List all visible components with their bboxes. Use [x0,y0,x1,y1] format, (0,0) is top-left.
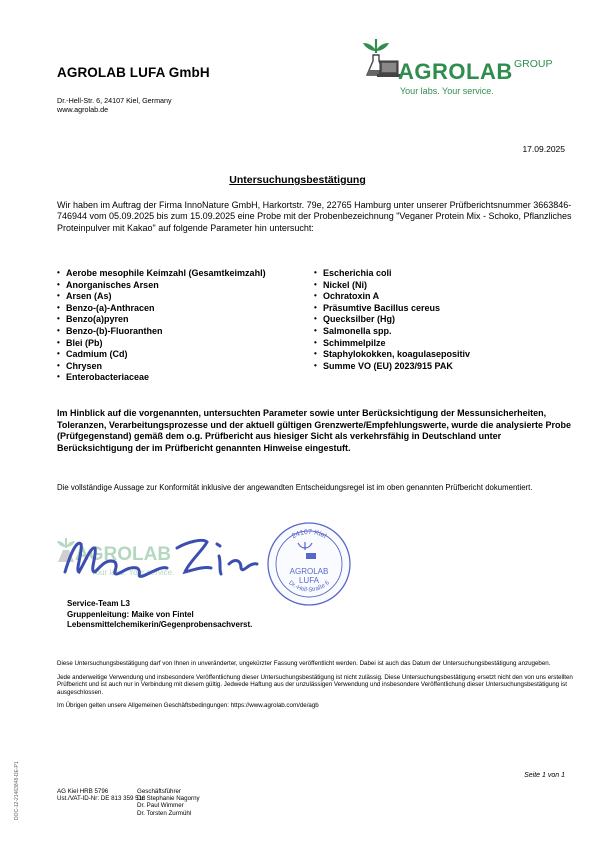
group-lead: Gruppenleitung: Maike von Fintel [67,610,252,621]
stamp-center-line-1: AGROLAB [290,567,329,576]
legal-note-liability: Jede anderweitige Verwendung und insbeso… [57,674,577,697]
footer-registration: AG Kiel HRB 5796 Ust./VAT-ID-Nr: DE 813 … [57,788,146,802]
stamp-center-line-2: LUFA [299,576,320,585]
plant-flask-laptop-icon [362,33,402,83]
intro-paragraph: Wir haben im Auftrag der Firma InnoNatur… [57,200,572,234]
page-number: Seite 1 von 1 [524,772,565,779]
parameter-item: Anorganisches Arsen [57,280,266,292]
parameter-list-right: Escherichia coliNickel (Ni)Ochratoxin AP… [314,268,470,372]
website-link[interactable]: www.agrolab.de [57,106,172,115]
document-code: DOC-12-21463848-DE-P1 [14,761,20,820]
parameter-item: Benzo(a)pyren [57,314,266,326]
parameter-item: Nickel (Ni) [314,280,470,292]
parameter-item: Aerobe mesophile Keimzahl (Gesamtkeimzah… [57,268,266,280]
vat-id: Ust./VAT-ID-Nr: DE 813 359 518 [57,795,146,802]
parameter-item: Enterobacteriaceae [57,372,266,384]
logo-group-label: GROUP [514,58,553,70]
service-team: Service-Team L3 [67,599,252,610]
manager-3: Dr. Torsten Zurmühl [137,810,200,817]
parameter-item: Salmonella spp. [314,326,470,338]
conclusion-paragraph: Im Hinblick auf die vorgenannten, unters… [57,408,577,454]
commercial-register: AG Kiel HRB 5796 [57,788,146,795]
parameter-item: Ochratoxin A [314,291,470,303]
signatory-role: Lebensmittelchemikerin/Gegenprobensachve… [67,620,252,631]
parameter-item: Summe VO (EU) 2023/915 PAK [314,361,470,373]
manager-2: Dr. Paul Wimmer [137,802,200,809]
parameter-item: Schimmelpilze [314,338,470,350]
parameter-item: Quecksilber (Hg) [314,314,470,326]
company-stamp: 24107 Kiel Dr.-Hell-Straße 6 AGROLAB LUF… [265,520,353,608]
company-name: AGROLAB LUFA GmbH [57,65,210,80]
signatory-block: Service-Team L3 Gruppenleitung: Maike vo… [67,599,252,631]
document-title: Untersuchungsbestätigung [0,174,595,186]
legal-note-terms[interactable]: Im Übrigen gelten unsere Allgemeinen Ges… [57,702,577,710]
legal-note-publication: Diese Untersuchungsbestätigung darf von … [57,660,577,668]
parameter-item: Arsen (As) [57,291,266,303]
logo-tagline: Your labs. Your service. [400,86,494,96]
company-address: Dr.-Hell-Str. 6, 24107 Kiel, Germany www… [57,97,172,114]
logo-wordmark: AGROLAB [398,59,513,85]
parameter-item: Cadmium (Cd) [57,349,266,361]
document-date: 17.09.2025 [522,144,565,154]
manager-1: Dr. Stephanie Nagorny [137,795,200,802]
conformity-note: Die vollständige Aussage zur Konformität… [57,483,577,493]
footer-managers: Geschäftsführer Dr. Stephanie Nagorny Dr… [137,788,200,817]
parameter-item: Blei (Pb) [57,338,266,350]
parameter-item: Benzo-(b)-Fluoranthen [57,326,266,338]
parameter-item: Staphylokokken, koagulasepositiv [314,349,470,361]
agrolab-logo: AGROLAB GROUP Your labs. Your service. [362,33,572,101]
parameter-item: Benzo-(a)-Anthracen [57,303,266,315]
legal-notes: Diese Untersuchungsbestätigung darf von … [57,660,577,716]
managers-label: Geschäftsführer [137,788,200,795]
parameter-item: Escherichia coli [314,268,470,280]
handwritten-signature [57,522,287,592]
parameter-list-left: Aerobe mesophile Keimzahl (Gesamtkeimzah… [57,268,266,384]
parameter-item: Präsumtive Bacillus cereus [314,303,470,315]
parameter-item: Chrysen [57,361,266,373]
